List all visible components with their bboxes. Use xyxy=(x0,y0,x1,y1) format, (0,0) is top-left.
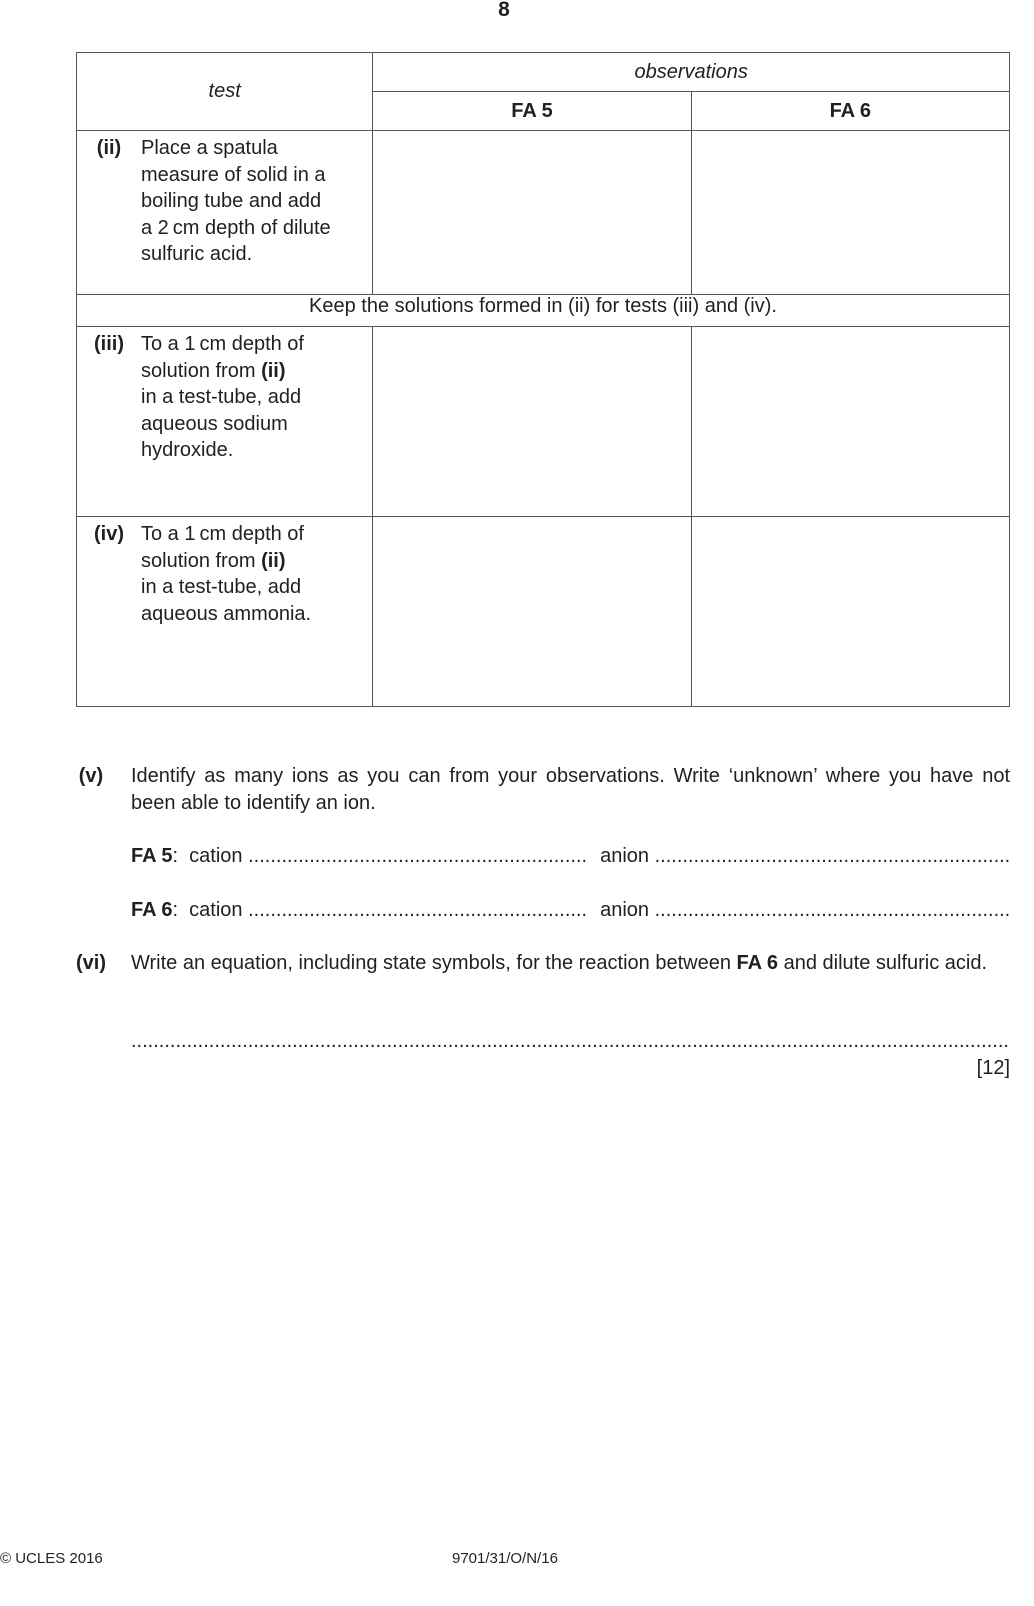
test-cell-iv: (iv) To a 1 cm depth of solution from (i… xyxy=(77,517,373,707)
observation-fa5-iv[interactable] xyxy=(373,517,691,707)
observation-fa6-iv[interactable] xyxy=(691,517,1009,707)
keep-solutions-note: Keep the solutions formed in (ii) for te… xyxy=(77,295,1010,327)
header-fa6: FA 6 xyxy=(691,92,1009,131)
question-text: Write an equation, including state symbo… xyxy=(131,950,1010,977)
question-number: (v) xyxy=(60,763,122,790)
page-number: 8 xyxy=(0,0,1008,22)
header-test: test xyxy=(77,53,373,131)
test-number: (ii) xyxy=(77,135,141,268)
question-number: (vi) xyxy=(60,950,122,977)
fa5-cation-answer[interactable]: ........................................… xyxy=(248,843,588,870)
test-description: To a 1 cm depth of solution from (ii) in… xyxy=(141,521,372,627)
observations-table: test observations FA 5 FA 6 (ii) Place a… xyxy=(76,52,1010,707)
observation-fa6-ii[interactable] xyxy=(691,131,1009,295)
header-fa5: FA 5 xyxy=(373,92,691,131)
fa6-cation-answer[interactable]: ........................................… xyxy=(248,897,588,924)
fa6-anion-answer[interactable]: ........................................… xyxy=(655,897,1010,924)
equation-answer-line[interactable]: ........................................… xyxy=(131,1030,1010,1053)
footer-copyright: © UCLES 2016 xyxy=(0,1550,103,1567)
fa5-label: FA 5 xyxy=(131,843,173,870)
observation-fa5-ii[interactable] xyxy=(373,131,691,295)
test-cell-ii: (ii) Place a spatula measure of solid in… xyxy=(77,131,373,295)
footer-paper-code: 9701/31/O/N/16 xyxy=(452,1550,558,1567)
question-text: Identify as many ions as you can from yo… xyxy=(131,763,1010,816)
table-row: (ii) Place a spatula measure of solid in… xyxy=(77,131,1010,295)
test-number: (iii) xyxy=(77,331,141,464)
observation-fa5-iii[interactable] xyxy=(373,327,691,517)
test-description: Place a spatula measure of solid in a bo… xyxy=(141,135,372,268)
observation-fa6-iii[interactable] xyxy=(691,327,1009,517)
test-description: To a 1 cm depth of solution from (ii) in… xyxy=(141,331,372,464)
fa5-anion-answer[interactable]: ........................................… xyxy=(655,843,1010,870)
table-row: (iii) To a 1 cm depth of solution from (… xyxy=(77,327,1010,517)
table-row: (iv) To a 1 cm depth of solution from (i… xyxy=(77,517,1010,707)
table-row-note: Keep the solutions formed in (ii) for te… xyxy=(77,295,1010,327)
fa6-label: FA 6 xyxy=(131,897,173,924)
test-number: (iv) xyxy=(77,521,141,627)
test-cell-iii: (iii) To a 1 cm depth of solution from (… xyxy=(77,327,373,517)
header-observations: observations xyxy=(373,53,1010,92)
total-marks: [12] xyxy=(977,1057,1010,1080)
